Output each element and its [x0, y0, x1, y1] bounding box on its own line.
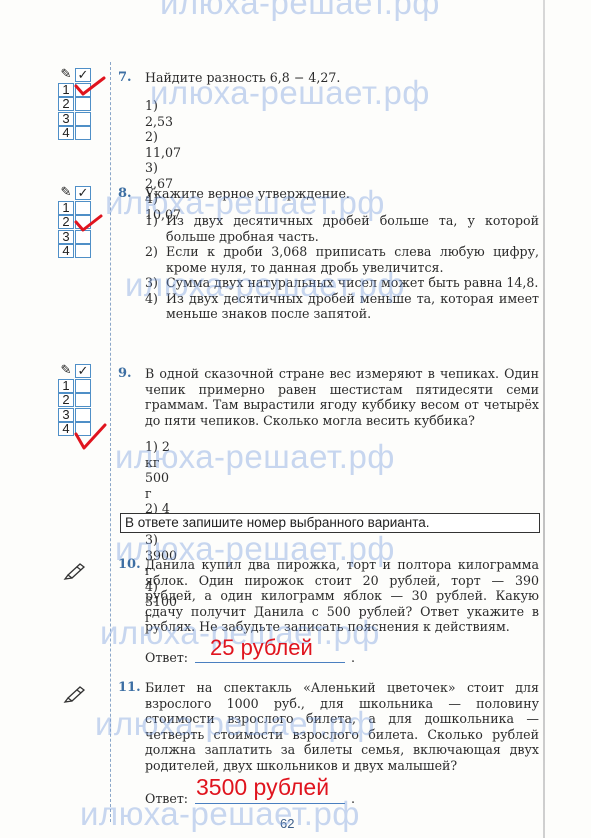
answer-checkbox-2[interactable] — [75, 97, 91, 111]
option: 4)Из двух десятичных дробей меньше та, к… — [145, 291, 539, 322]
answer-label: Ответ: — [145, 791, 188, 806]
red-checkmark-icon — [74, 74, 108, 98]
red-checkmark-icon — [74, 212, 104, 234]
task-question: Найдите разность 6,8 − 4,27. — [145, 70, 545, 86]
pencil-icon: ✎ — [58, 186, 74, 200]
task-number: 10. — [118, 557, 141, 572]
pen-icon — [62, 682, 88, 704]
answer-checkbox-2[interactable] — [75, 393, 91, 407]
answer-checkbox-3[interactable] — [75, 408, 91, 422]
option: 3)Сумма двух натуральных чисел может быт… — [145, 275, 539, 291]
grid-label: 1 — [58, 379, 74, 393]
option: 2)Если к дроби 3,068 приписать слева люб… — [145, 244, 539, 275]
answer-checkbox-4[interactable] — [75, 244, 91, 258]
grid-label: 1 — [58, 201, 74, 215]
task-options: 1)Из двух десятичных дробей больше та, у… — [145, 213, 539, 322]
answer-label: Ответ: — [145, 650, 188, 665]
margin-divider — [110, 62, 111, 822]
grid-header-check: ✓ — [75, 364, 91, 378]
pen-icon — [62, 559, 88, 581]
answer-dot: . — [351, 791, 355, 806]
answer-dot: . — [351, 650, 355, 665]
answer-checkbox-3[interactable] — [75, 112, 91, 126]
task-question: Укажите верное утверждение. — [145, 186, 545, 202]
grid-label: 3 — [58, 408, 74, 422]
task-question: В одной сказочной стране вес измеряют в … — [145, 366, 539, 428]
watermark: илюха-решает.рф — [160, 0, 440, 22]
task-options: 1) 2,53 2) 11,07 3) 2,67 4) 10,07 — [145, 98, 181, 222]
task-number: 9. — [118, 366, 132, 381]
grid-label: 1 — [58, 83, 74, 97]
red-checkmark-icon — [74, 422, 108, 452]
answer-input-line[interactable] — [195, 662, 345, 663]
grid-label: 4 — [58, 244, 74, 258]
handwritten-answer: 25 рублей — [210, 635, 313, 661]
option: 1) 2,53 — [145, 98, 181, 129]
grid-label: 4 — [58, 126, 74, 140]
task-number: 8. — [118, 186, 132, 201]
grid-label: 4 — [58, 422, 74, 436]
answer-input-line[interactable] — [195, 803, 345, 804]
instruction-box: В ответе запишите номер выбранного вариа… — [120, 513, 540, 533]
page-number: 62 — [280, 816, 294, 831]
task-question: Данила купил два пирожка, торт и полтора… — [145, 557, 539, 635]
pencil-icon: ✎ — [58, 68, 74, 82]
grid-label: 2 — [58, 393, 74, 407]
answer-checkbox-4[interactable] — [75, 126, 91, 140]
grid-label: 3 — [58, 112, 74, 126]
option: 1) 2 кг 500 г — [145, 439, 177, 501]
option: 1)Из двух десятичных дробей больше та, у… — [145, 213, 539, 244]
grid-header-check: ✓ — [75, 186, 91, 200]
task-number: 11. — [118, 680, 141, 695]
pencil-icon: ✎ — [58, 364, 74, 378]
option: 2) 11,07 — [145, 129, 181, 160]
page-edge — [543, 0, 545, 838]
grid-label: 2 — [58, 97, 74, 111]
task-number: 7. — [118, 70, 132, 85]
grid-label: 3 — [58, 230, 74, 244]
answer-checkbox-1[interactable] — [75, 379, 91, 393]
handwritten-answer: 3500 рублей — [196, 774, 329, 801]
task-question: Билет на спектакль «Аленький цветочек» с… — [145, 680, 539, 773]
grid-label: 2 — [58, 215, 74, 229]
